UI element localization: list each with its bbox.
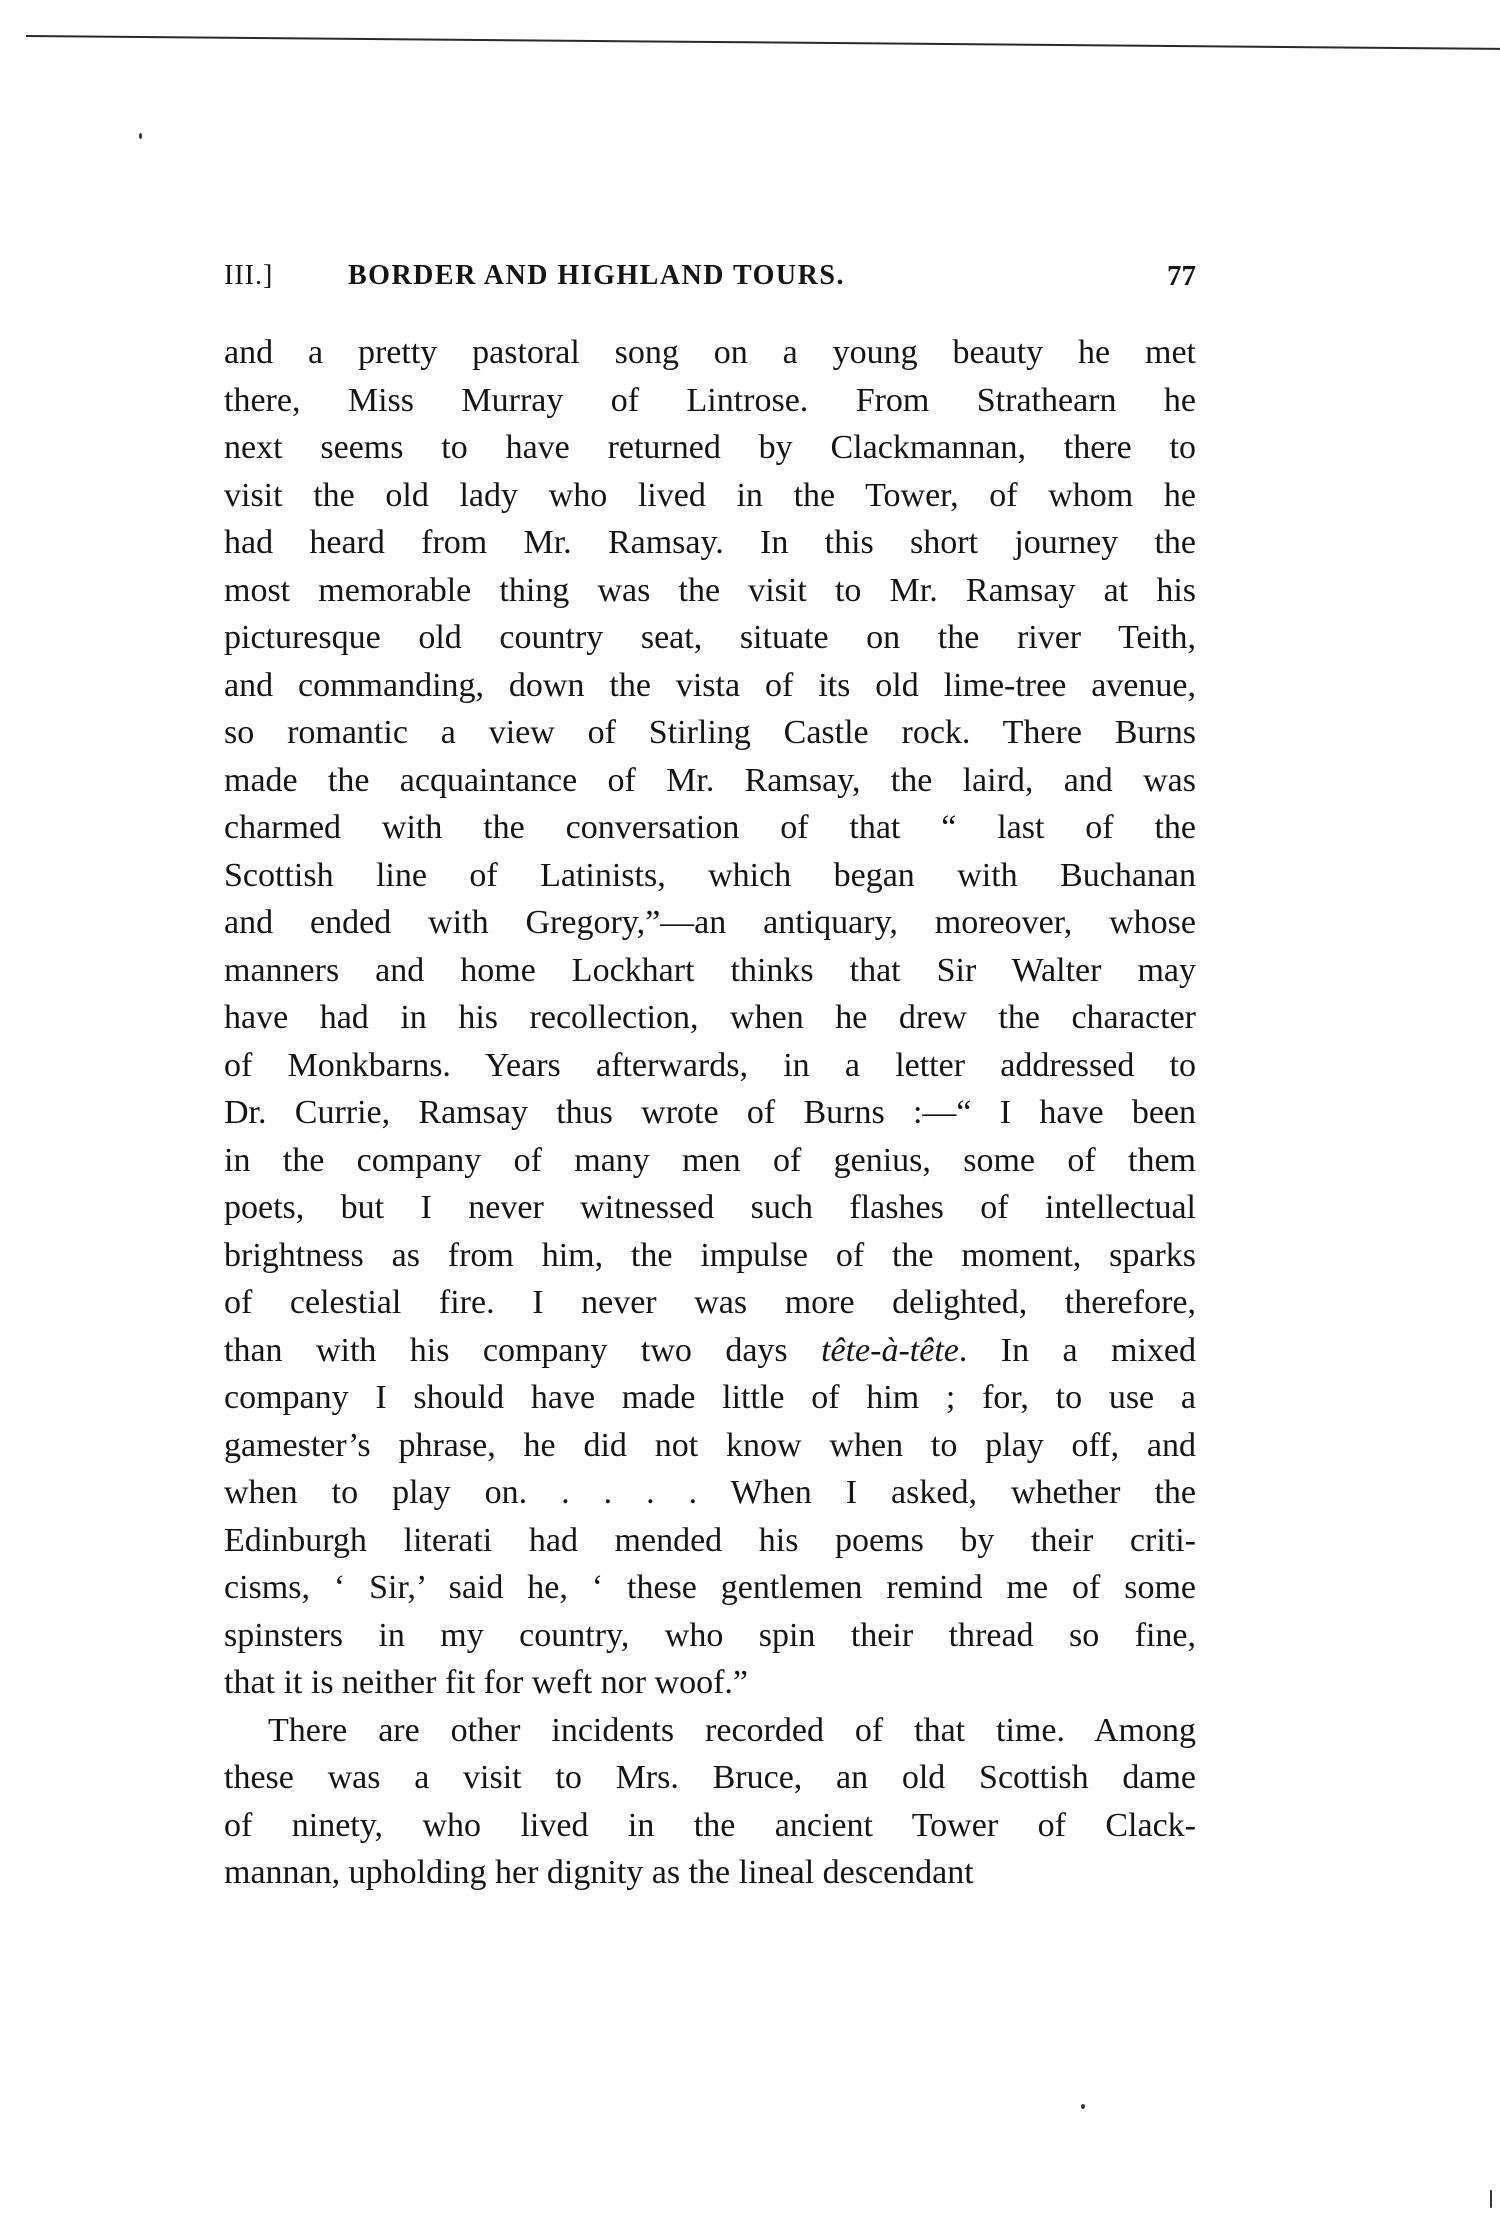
text-line: mannan, upholding her dignity as the lin…	[224, 1850, 1196, 1896]
text-line: have had in his recollection, when he dr…	[224, 995, 1196, 1041]
text-line: in the company of many men of genius, so…	[224, 1138, 1196, 1184]
text-line: so romantic a view of Stirling Castle ro…	[224, 710, 1196, 756]
text-line: of Monkbarns. Years afterwards, in a let…	[224, 1043, 1196, 1089]
italic-phrase: tête-à-tête	[821, 1332, 959, 1369]
chapter-number: III.]	[224, 256, 273, 296]
text-line: next seems to have returned by Clackmann…	[224, 425, 1196, 471]
text-line: Dr. Currie, Ramsay thus wrote of Burns :…	[224, 1090, 1196, 1136]
text-line: spinsters in my country, who spin their …	[224, 1613, 1196, 1659]
scan-speck	[1490, 2190, 1492, 2208]
text-line: most memorable thing was the visit to Mr…	[224, 568, 1196, 614]
text-line: there, Miss Murray of Lintrose. From Str…	[224, 378, 1196, 424]
text-line: picturesque old country seat, situate on…	[224, 615, 1196, 661]
text-line: had heard from Mr. Ramsay. In this short…	[224, 520, 1196, 566]
text-line: these was a visit to Mrs. Bruce, an old …	[224, 1755, 1196, 1801]
text-line: and commanding, down the vista of its ol…	[224, 663, 1196, 709]
text-line: visit the old lady who lived in the Towe…	[224, 473, 1196, 519]
text-line: brightness as from him, the impulse of t…	[224, 1233, 1196, 1279]
text-line: gamester’s phrase, he did not know when …	[224, 1423, 1196, 1469]
scan-speck	[1081, 2104, 1085, 2109]
text-line: Edinburgh literati had mended his poems …	[224, 1518, 1196, 1564]
scan-speck	[139, 133, 142, 139]
text-line: There are other incidents recorded of th…	[268, 1708, 1196, 1754]
text-line: and ended with Gregory,”—an antiquary, m…	[224, 900, 1196, 946]
text-line: when to play on. . . . . When I asked, w…	[224, 1470, 1196, 1516]
text-line: and a pretty pastoral song on a young be…	[224, 330, 1196, 376]
running-head: III.] BORDER AND HIGHLAND TOURS. 77	[224, 256, 1196, 296]
text-line: charmed with the conversation of that “ …	[224, 805, 1196, 851]
page-title: BORDER AND HIGHLAND TOURS.	[348, 256, 845, 296]
text-line: of ninety, who lived in the ancient Towe…	[224, 1803, 1196, 1849]
page-number: 77	[1167, 256, 1196, 296]
text-line: that it is neither fit for weft nor woof…	[224, 1660, 1196, 1706]
text-line: Scottish line of Latinists, which began …	[224, 853, 1196, 899]
text-line: company I should have made little of him…	[224, 1375, 1196, 1421]
text-line: than with his company two days tête-à-tê…	[224, 1328, 1196, 1374]
text-line: made the acquaintance of Mr. Ramsay, the…	[224, 758, 1196, 804]
text-line: of celestial fire. I never was more deli…	[224, 1280, 1196, 1326]
text-line: poets, but I never witnessed such flashe…	[224, 1185, 1196, 1231]
text-line: cisms, ‘ Sir,’ said he, ‘ these gentleme…	[224, 1565, 1196, 1611]
top-edge-rule	[26, 35, 1500, 50]
text-line: manners and home Lockhart thinks that Si…	[224, 948, 1196, 994]
